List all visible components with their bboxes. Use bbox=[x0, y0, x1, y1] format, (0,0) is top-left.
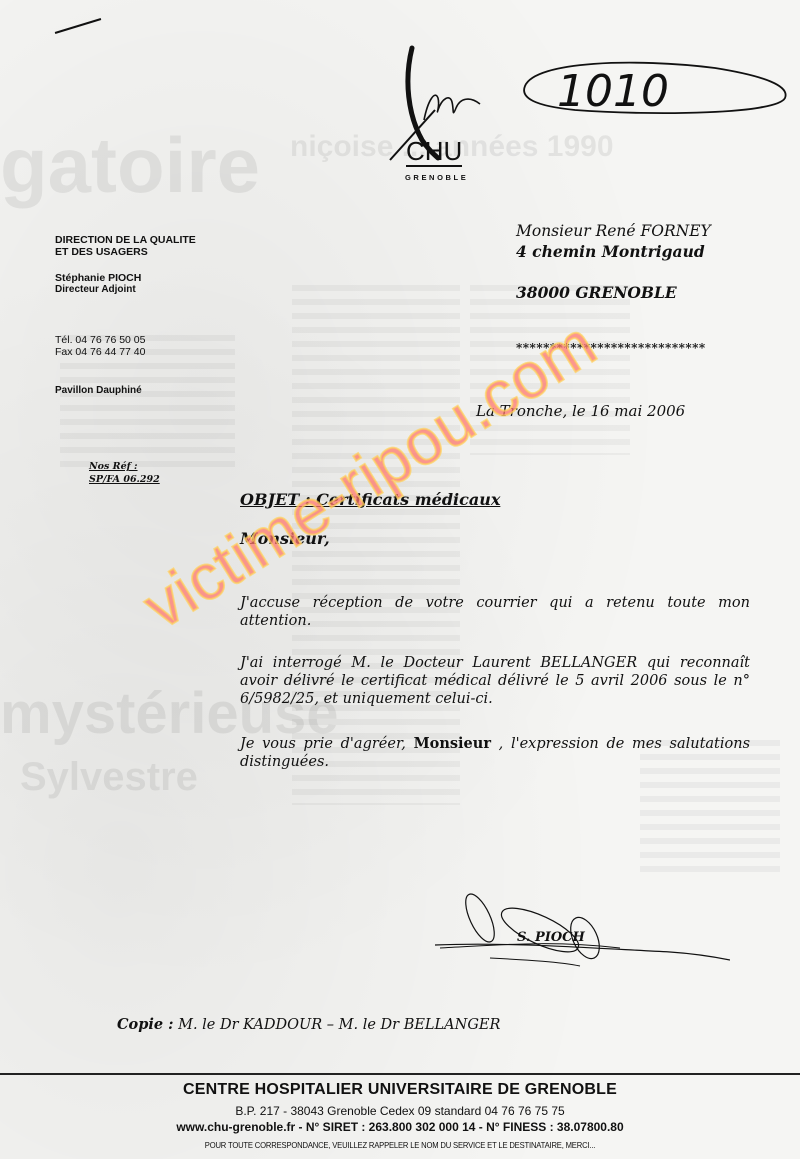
signature-name: S. PIOCH bbox=[517, 930, 585, 945]
sender-location: Pavillon Dauphiné bbox=[55, 385, 142, 397]
copy-line: Copie : M. le Dr KADDOUR – M. le Dr BELL… bbox=[117, 1016, 500, 1033]
handwritten-circled-number: 1010 bbox=[515, 56, 795, 126]
recipient-separator: **************************** bbox=[516, 341, 706, 355]
recipient-street: 4 chemin Montrigaud bbox=[516, 242, 705, 261]
reference-value: SP/FA 06.292 bbox=[89, 474, 160, 486]
sender-fax: Fax 04 76 44 77 40 bbox=[55, 346, 146, 358]
sender-person: Stéphanie PIOCH Directeur Adjoint bbox=[55, 272, 141, 296]
footer-note: POUR TOUTE CORRESPONDANCE, VEUILLEZ RAPP… bbox=[40, 1140, 760, 1150]
footer-divider bbox=[0, 1073, 800, 1075]
reference-label: Nos Réf : bbox=[89, 461, 138, 473]
subject-line: OBJET : Certificats médicaux bbox=[240, 491, 750, 509]
sender-name: Stéphanie PIOCH bbox=[55, 272, 141, 284]
footer-address: B.P. 217 - 38043 Grenoble Cedex 09 stand… bbox=[0, 1104, 800, 1118]
logo-city: GRENOBLE bbox=[405, 173, 468, 182]
closing-start: Je vous prie d'agréer, bbox=[240, 736, 414, 752]
recipient-name: Monsieur René FORNEY bbox=[516, 222, 711, 240]
salutation: Monsieur, bbox=[240, 530, 750, 548]
place-date: La Tronche, le 16 mai 2006 bbox=[476, 402, 685, 420]
sender-department-line1: DIRECTION DE LA QUALITE bbox=[55, 234, 196, 246]
recipient-city: 38000 GRENOBLE bbox=[516, 283, 677, 302]
copy-label: Copie : bbox=[117, 1016, 174, 1033]
paragraph-closing: Je vous prie d'agréer, Monsieur , l'expr… bbox=[240, 735, 750, 771]
sender-department-line2: ET DES USAGERS bbox=[55, 246, 196, 258]
paragraph-acknowledgement: J'accuse réception de votre courrier qui… bbox=[240, 594, 750, 630]
chu-grenoble-logo-icon bbox=[380, 40, 500, 190]
closing-addressee: Monsieur bbox=[414, 735, 491, 752]
footer-institution: CENTRE HOSPITALIER UNIVERSITAIRE DE GREN… bbox=[0, 1081, 800, 1099]
footer-identifiers: www.chu-grenoble.fr - N° SIRET : 263.800… bbox=[0, 1120, 800, 1134]
sender-tel: Tél. 04 76 76 50 05 bbox=[55, 334, 146, 346]
sender-title: Directeur Adjoint bbox=[55, 284, 141, 296]
svg-text:1010: 1010 bbox=[557, 66, 669, 117]
sender-department: DIRECTION DE LA QUALITE ET DES USAGERS bbox=[55, 234, 196, 258]
copy-recipients: M. le Dr KADDOUR – M. le Dr BELLANGER bbox=[178, 1017, 500, 1033]
paragraph-inquiry: J'ai interrogé M. le Docteur Laurent BEL… bbox=[240, 654, 750, 708]
logo-wordmark: CHU bbox=[406, 138, 462, 167]
sender-contact: Tél. 04 76 76 50 05 Fax 04 76 44 77 40 bbox=[55, 334, 146, 358]
